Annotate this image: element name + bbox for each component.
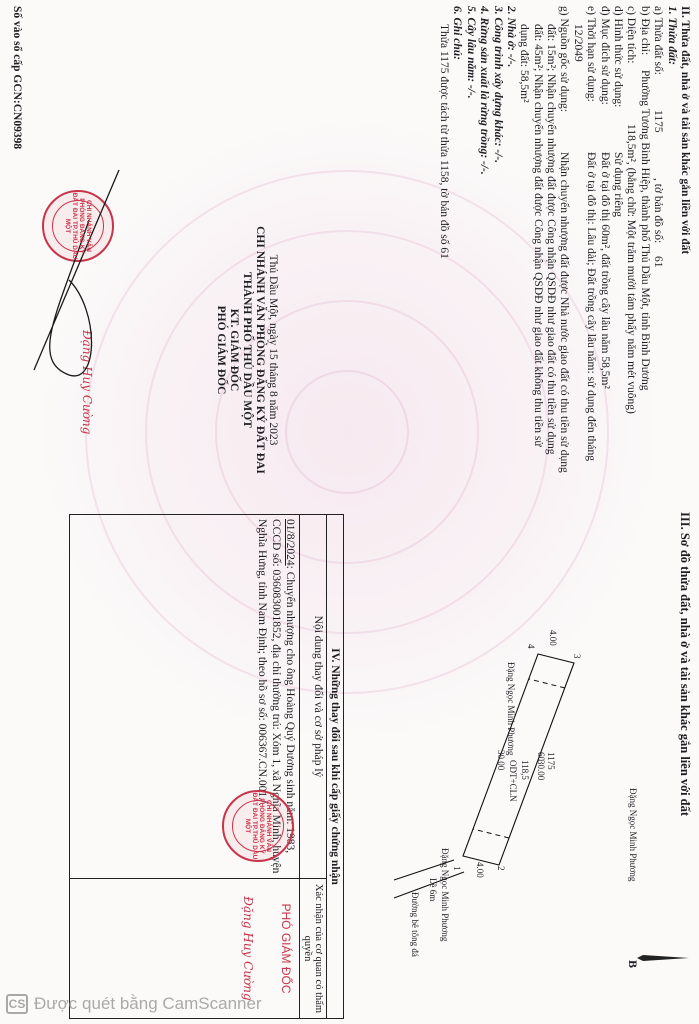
corner-point: 4 (524, 644, 537, 649)
change-date: 01/8/2024 (284, 519, 296, 566)
purpose-row: đ) Mục đích sử dụng: Đất ở tại đô thị 60… (597, 6, 610, 506)
usage-form-label: d) Hình thức sử dụng: (612, 6, 624, 107)
certificate-page: II. Thửa đất, nhà ở và tài sản khác gắn … (0, 0, 699, 1024)
term-value-cont: 12/2049 (570, 6, 583, 506)
road-name: Đường bê tông đá (408, 892, 421, 957)
notes-value: Thửa 1175 được tách từ thửa 1158, tờ bản… (437, 6, 450, 506)
parcel-use: ODT+CLN (506, 760, 519, 802)
corner-point: 1 (450, 866, 463, 871)
edge-length: 4.00 (473, 862, 486, 878)
area-row: c) Diện tích: 118,5m², (bằng chữ: Một tr… (624, 6, 637, 506)
on-behalf-of: KT. GIÁM ĐỐC (227, 200, 240, 500)
notes-label: 6. Ghi chú: (450, 6, 463, 506)
column-header-confirmation: Xác nhận của cơ quan có thẩm quyền (300, 879, 327, 1019)
registry-number: Số vào sổ cấp GCN:CN09398 (10, 6, 23, 149)
term-label: e) Thời hạn sử dụng: (585, 6, 597, 102)
section-II-title: II. Thửa đất, nhà ở và tài sản khác gắn … (678, 6, 691, 506)
origin-row: g) Nguồn gốc sử dụng: Nhận chuyển nhượng… (557, 6, 570, 506)
map-sheet-value: 61 (652, 256, 664, 268)
area-value: 118,5m², (bằng chữ: Một trăm mười tám ph… (625, 124, 637, 414)
other-construction-row: 3. Công trình xây dựng khác: -/-. (490, 6, 503, 506)
parcel-subtitle: 1. Thửa đất: (664, 6, 677, 506)
corner-point: 3 (570, 654, 583, 659)
issue-date: Thủ Dầu Một, ngày 15 tháng 8 năm 2023 (266, 200, 279, 500)
north-arrow-icon (633, 948, 693, 968)
edge-length: 30.00 (494, 750, 507, 770)
address-value: Phường Tương Bình Hiệp, thành phố Thủ Dầ… (639, 70, 651, 391)
origin-line: dụng đất: 58,5m² (517, 6, 530, 506)
area-label: c) Diện tích: (625, 6, 637, 63)
scanner-watermark: CS Được quét bằng CamScanner (6, 994, 262, 1014)
usage-form-value: Sử dụng riêng (612, 152, 624, 217)
watermark-ring (285, 370, 409, 494)
house-row: 2. Nhà ở: -/-. (504, 6, 517, 506)
section-land-parcel: II. Thửa đất, nhà ở và tài sản khác gắn … (437, 6, 691, 506)
term-value: Đất ở tại đô thị: Lâu dài; Đất trồng cây… (585, 152, 597, 461)
section-IV-title: IV. Những thay đổi sau khi cấp giấy chứn… (327, 515, 344, 1019)
edge-length: 4.00 (546, 630, 559, 646)
origin-line: đất: 45m²; Nhận chuyển nhượng đất được C… (530, 6, 543, 506)
origin-label: g) Nguồn gốc sử dụng: (558, 6, 570, 112)
map-sheet-label: , tờ bản đồ số: (652, 178, 664, 243)
parcel-number-value: 1175 (652, 110, 664, 133)
changes-table: IV. Những thay đổi sau khi cấp giấy chứn… (69, 514, 344, 1019)
origin-line: đất: 15m²; Nhận chuyển nhượng đất được C… (544, 6, 557, 506)
section-III-title: III. Sơ đồ thửa đất, nhà ở và tài sản kh… (678, 512, 691, 816)
parcel-diagram: Đặng Ngọc Minh Phương Đặng Ngọc Minh Phư… (369, 520, 669, 1020)
address-row: b) Địa chỉ: Phường Tương Bình Hiệp, thàn… (637, 6, 650, 506)
purpose-label: đ) Mục đích sử dụng: (599, 6, 611, 105)
usage-form-row: d) Hình thức sử dụng: Sử dụng riêng (611, 6, 624, 506)
term-row: e) Thời hạn sử dụng: Đất ở tại đô thị: L… (584, 6, 597, 506)
confirm-title: PHÓ GIÁM ĐỐC (279, 883, 293, 1014)
parcel-number-label: a) Thửa đất số: (652, 6, 664, 75)
parcel-number-row: a) Thửa đất số: 1175 , tờ bản đồ số: 61 (651, 6, 664, 506)
address-label: b) Địa chỉ: (639, 6, 651, 55)
signature-block: Thủ Dầu Một, ngày 15 tháng 8 năm 2023 CH… (214, 200, 279, 500)
scanner-text: Được quét bằng CamScanner (34, 994, 262, 1014)
issuing-org: CHI NHÁNH VĂN PHÒNG ĐĂNG KÝ ĐẤT ĐAI (253, 200, 266, 500)
parcel-area: 118,5 (518, 760, 531, 780)
confirmation-stamp: CHI NHÁNH VĂN PHÒNG ĐĂNG KÝ ĐẤT ĐAI TP.T… (222, 790, 294, 862)
issuing-city: THÀNH PHỐ THỦ DẦU MỘT (240, 200, 253, 500)
road-setback: Lề 6m (426, 878, 439, 901)
signer-title: PHÓ GIÁM ĐỐC (214, 200, 227, 500)
edge-length: 30.00 (534, 760, 547, 780)
purpose-value: Đất ở tại đô thị 60m², đất trồng cây lâu… (599, 152, 611, 389)
forest-row: 4. Rừng sản xuất là rừng trồng: -/-. (477, 6, 490, 506)
perennial-row: 5. Cây lâu năm: -/-. (463, 6, 476, 506)
origin-value: Nhận chuyển nhượng đất được Nhà nước gia… (558, 152, 570, 473)
column-header-changes: Nội dung thay đổi và cơ sở pháp lý (300, 515, 327, 879)
camscanner-logo-icon: CS (6, 994, 28, 1014)
corner-point: 2 (494, 866, 507, 871)
